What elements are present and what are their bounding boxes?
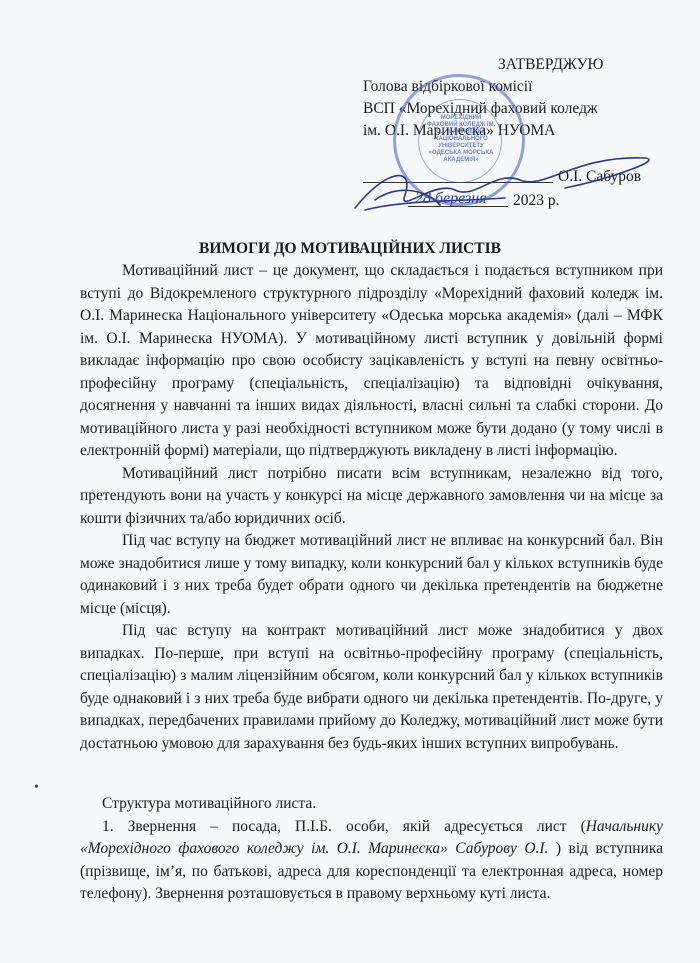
structure-heading: Структура мотиваційного листа.: [80, 793, 663, 816]
paragraph-3: Під час вступу на бюджет мотиваційний ли…: [80, 530, 663, 620]
paragraph-2: Мотиваційний лист потрібно писати всім в…: [80, 463, 663, 531]
approval-heading: ЗАТВЕРДЖУЮ: [363, 54, 693, 76]
item1-lead: 1. Звернення – посада, П.І.Б. особи, які…: [102, 818, 586, 835]
document-body: Мотиваційний лист – це документ, що скла…: [80, 260, 663, 906]
paragraph-4: Під час вступу на контракт мотиваційний …: [80, 620, 663, 755]
document-page: ЗАТВЕРДЖУЮ Голова відбіркової комісії ВС…: [0, 0, 700, 963]
bullet-mark: •: [34, 780, 39, 796]
signature-icon: [345, 150, 675, 220]
paragraph-1: Мотиваційний лист – це документ, що скла…: [80, 260, 663, 463]
document-title: ВИМОГИ ДО МОТИВАЦІЙНИХ ЛИСТІВ: [0, 240, 700, 258]
spacer: [80, 755, 663, 793]
structure-item-1: 1. Звернення – посада, П.І.Б. особи, які…: [80, 816, 663, 906]
